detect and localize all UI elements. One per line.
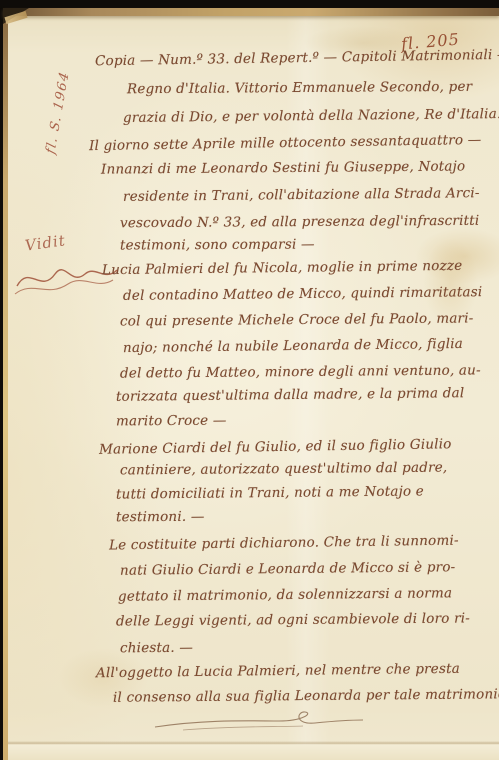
manuscript-line: residente in Trani, coll'abitazione alla…	[123, 185, 480, 205]
manuscript-line: Le costituite parti dichiarono. Che tra …	[109, 533, 459, 554]
manuscript-line: delle Leggi vigenti, ad ogni scambievole…	[116, 610, 470, 629]
margin-note-visto: Vidit	[24, 231, 67, 255]
manuscript-line: grazia di Dio, e per volontà della Nazio…	[123, 106, 499, 126]
manuscript-line: All'oggetto la Lucia Palmieri, nel mentr…	[96, 661, 460, 681]
manuscript-line: tutti domiciliati in Trani, noti a me No…	[116, 483, 424, 502]
closing-flourish	[153, 708, 368, 736]
manuscript-line: Regno d'Italia. Vittorio Emmanuele Secon…	[127, 79, 472, 97]
manuscript-line: del detto fu Matteo, minore degli anni v…	[120, 362, 481, 381]
manuscript-line: torizzata quest'ultima dalla madre, e la…	[116, 385, 464, 405]
manuscript-line: testimoni. —	[116, 509, 205, 525]
paper-top-edge	[3, 8, 499, 16]
manuscript-line: col qui presente Michele Croce del fu Pa…	[120, 310, 474, 329]
manuscript-line: testimoni, sono comparsi —	[120, 236, 315, 253]
manuscript-line: vescovado N.º 33, ed alla presenza degl'…	[120, 213, 479, 232]
manuscript-line: Copia — Num.º 33. del Repert.º — Capitol…	[95, 47, 499, 70]
paper-bottom-band	[3, 745, 499, 760]
paper-sheet: fl. 205 fl. S. 1964 Vidit Copia — Num.º …	[3, 8, 499, 760]
manuscript-line: Marione Ciardi del fu Giulio, ed il suo …	[99, 436, 452, 458]
manuscript-line: cantiniere, autorizzato quest'ultimo dal…	[120, 460, 448, 479]
manuscript-line: il consenso alla sua figlia Leonarda per…	[113, 686, 499, 705]
margin-note-rotated: fl. S. 1964	[36, 29, 82, 196]
manuscript-line: chiesta. —	[120, 640, 193, 657]
manuscript-line: najo; nonché la nubile Leonarda de Micco…	[123, 336, 463, 356]
manuscript-scan: fl. 205 fl. S. 1964 Vidit Copia — Num.º …	[0, 0, 499, 760]
manuscript-line: Il giorno sette Aprile mille ottocento s…	[89, 132, 482, 154]
manuscript-line: marito Croce —	[116, 413, 227, 430]
manuscript-line: gettato il matrimonio, da solennizzarsi …	[118, 585, 452, 604]
manuscript-line: nati Giulio Ciardi e Leonarda de Micco s…	[120, 559, 456, 579]
paper-left-edge	[3, 16, 8, 760]
manuscript-line: Lucia Palmieri del fu Nicola, moglie in …	[102, 258, 463, 278]
manuscript-line: Innanzi di me Leonardo Sestini fu Giusep…	[101, 158, 465, 177]
